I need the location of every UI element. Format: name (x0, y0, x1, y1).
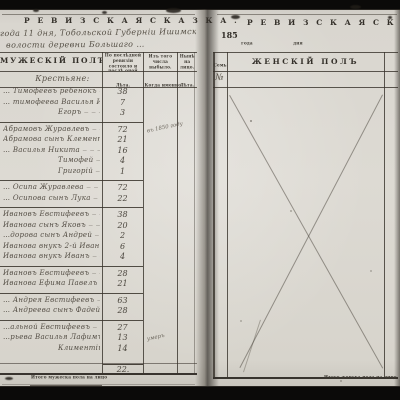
entry-age: 7 (103, 98, 142, 107)
table-row: … Осипова сынъ Лука22 (0, 194, 195, 205)
entry-name: Иванова внукъ Иванъ (3, 252, 100, 260)
table-row: Егоръ3 (0, 108, 195, 119)
table-row: Ивановъ Евстифеевъ28 (0, 269, 195, 280)
column-divider (227, 52, 228, 378)
year-word: года (237, 32, 257, 51)
entry-name: Абрамова сынъ Клементій (3, 135, 100, 143)
table-row: Иванова сынъ Яковъ20 (0, 221, 195, 232)
table-row: Григорій1 (0, 167, 195, 178)
table-row: Абрамова сынъ Клементій21 (0, 135, 195, 146)
entry-name: …альной Евстифеевъ (3, 323, 100, 331)
entry-name: Тимофей (58, 156, 100, 164)
table-row: … Андрея Евстифеевъ63 (0, 296, 195, 307)
table-left-border (213, 52, 215, 378)
female-section-header: ЖЕНСКІЙ ПОЛЪ (227, 57, 384, 66)
entry-age: 72 (103, 125, 142, 134)
table-rule (0, 363, 197, 364)
entry-name: Иванова сынъ Яковъ (3, 221, 100, 229)
col-header-family: Семьи. (213, 54, 227, 71)
col-header-last-revision: По послѣдней ревизіи состояло и послѣ он… (103, 53, 143, 71)
entry-age: 4 (103, 252, 142, 261)
table-rule (0, 71, 197, 72)
left-page-title: Р Е В И З С К А Я С К А З К А . (24, 16, 239, 25)
entry-age: 38 (103, 87, 142, 96)
table-row: Абрамовъ Журавлевъ72въ 1850 году (0, 125, 195, 136)
entry-name: … Осипова сынъ Лука (3, 194, 100, 202)
entry-age: 72 (103, 183, 142, 192)
family-number-sign: № (215, 73, 224, 83)
female-total-label: Итого женска пола на лицо (323, 366, 395, 385)
entry-age: 2 (103, 231, 142, 240)
entry-name: … Тимофеевъ ребенокъ (3, 87, 100, 95)
entry-name: Ивановъ Евстифеевъ (3, 269, 100, 277)
table-row: … Тимофеевъ ребенокъ38 (0, 87, 195, 98)
col-header-present: Нынѣ на лицо. (178, 54, 197, 71)
column-divider (384, 52, 385, 378)
revision-list-scan: Р Е В И З С К А Я С К А З К А . года 11 … (0, 0, 400, 400)
entry-age: 38 (103, 210, 142, 219)
male-total-value: 22. (103, 364, 143, 375)
entry-name: Иванова внукъ 2-й Иванъ (3, 242, 100, 250)
table-row: Ивановъ Евстифеевъ38 (0, 210, 195, 221)
male-total-label: Итого мужеска пола на лицо (30, 366, 102, 386)
entry-name: … Осипа Журавлева (3, 183, 100, 191)
female-table: Семьи. ЖЕНСКІЙ ПОЛЪ № Итого женска пола … (213, 52, 398, 378)
entry-age: 28 (103, 306, 142, 315)
entry-name: … Андреева сынъ Фадей (3, 306, 100, 314)
table-row: …дорова сынъ Андрей2 (0, 231, 195, 242)
table-rule (213, 71, 398, 72)
scan-edge-bottom (0, 386, 400, 400)
entry-age: 1 (103, 167, 142, 176)
entry-name: Григорій (58, 167, 100, 175)
ink-blot (102, 11, 107, 14)
entry-name: … тимофеева Василья Иванъ (3, 98, 100, 106)
entry-name: Егоръ (58, 108, 100, 116)
written-header-line1: года 11 дня, Тобольской Губерніи Ишимска… (0, 27, 196, 38)
table-row: … Андреева сынъ Фадей28 (0, 306, 195, 317)
entry-age: 14 (103, 344, 142, 353)
page-edge-rule-left (2, 14, 195, 15)
col-header-departed: Изъ того числа выбыло. (144, 54, 177, 71)
rows-container: … Тимофеевъ ребенокъ38… тимофеева Василь… (0, 87, 195, 363)
entry-age: 22 (103, 194, 142, 203)
ink-blot (33, 9, 39, 12)
entry-age: 63 (103, 296, 142, 305)
table-row: Иванова внукъ Иванъ4 (0, 252, 195, 263)
entry-age: 6 (103, 242, 142, 251)
entry-age: 13 (103, 333, 142, 342)
ink-blot (5, 377, 13, 380)
year-prefix: 185 (221, 30, 238, 40)
entry-age: 16 (103, 146, 142, 155)
table-row: Иванова внукъ 2-й Иванъ6 (0, 242, 195, 253)
ink-blot (350, 5, 361, 9)
table-row: Иванова Ефима Павелъ21 (0, 279, 195, 290)
entry-name: Абрамовъ Журавлевъ (3, 125, 100, 133)
table-rule (0, 52, 197, 53)
entry-age: 28 (103, 269, 142, 278)
group-label-peasants: Крестьяне: (25, 74, 100, 83)
ink-blot (166, 8, 181, 13)
entry-name: … Андрея Евстифеевъ (3, 296, 100, 304)
entry-age: 4 (103, 156, 142, 165)
entry-name: Климентій (58, 344, 100, 352)
page-edge-rule-right (217, 14, 397, 15)
table-row: … тимофеева Василья Иванъ7 (0, 98, 195, 109)
entry-age: 21 (103, 135, 142, 144)
table-rule (213, 87, 398, 88)
cancel-stroke (239, 95, 383, 368)
entry-name: Иванова Ефима Павелъ (3, 279, 100, 287)
entry-name: …рьева Василья Лафимъ (3, 333, 100, 341)
cancel-stroke (243, 320, 261, 373)
table-row: … Василья Никита16 (0, 146, 195, 157)
written-header-line2: волости деревни Большаго … (6, 39, 186, 49)
entry-age: 21 (103, 279, 142, 288)
male-section-header: МУЖЕСКІЙ ПОЛЪ (0, 56, 102, 65)
male-table: МУЖЕСКІЙ ПОЛЪ По послѣдней ревизіи состо… (0, 52, 197, 374)
table-row: …рьева Василья Лафимъ13умеръ (0, 333, 195, 344)
table-rule (213, 52, 398, 53)
entry-name: … Василья Никита (3, 146, 100, 154)
day-word: дня (288, 32, 308, 51)
entry-age: 3 (103, 108, 142, 117)
entry-name: …дорова сынъ Андрей (3, 231, 100, 239)
table-row: … Осипа Журавлева72 (0, 183, 195, 194)
entry-name: Ивановъ Евстифеевъ (3, 210, 100, 218)
entry-age: 20 (103, 221, 142, 230)
table-row: Климентій14 (0, 344, 195, 355)
entry-age: 27 (103, 323, 142, 332)
right-page-title: Р Е В И З С К А Я С К А З К А (247, 18, 400, 27)
table-row: Тимофей4 (0, 156, 195, 167)
